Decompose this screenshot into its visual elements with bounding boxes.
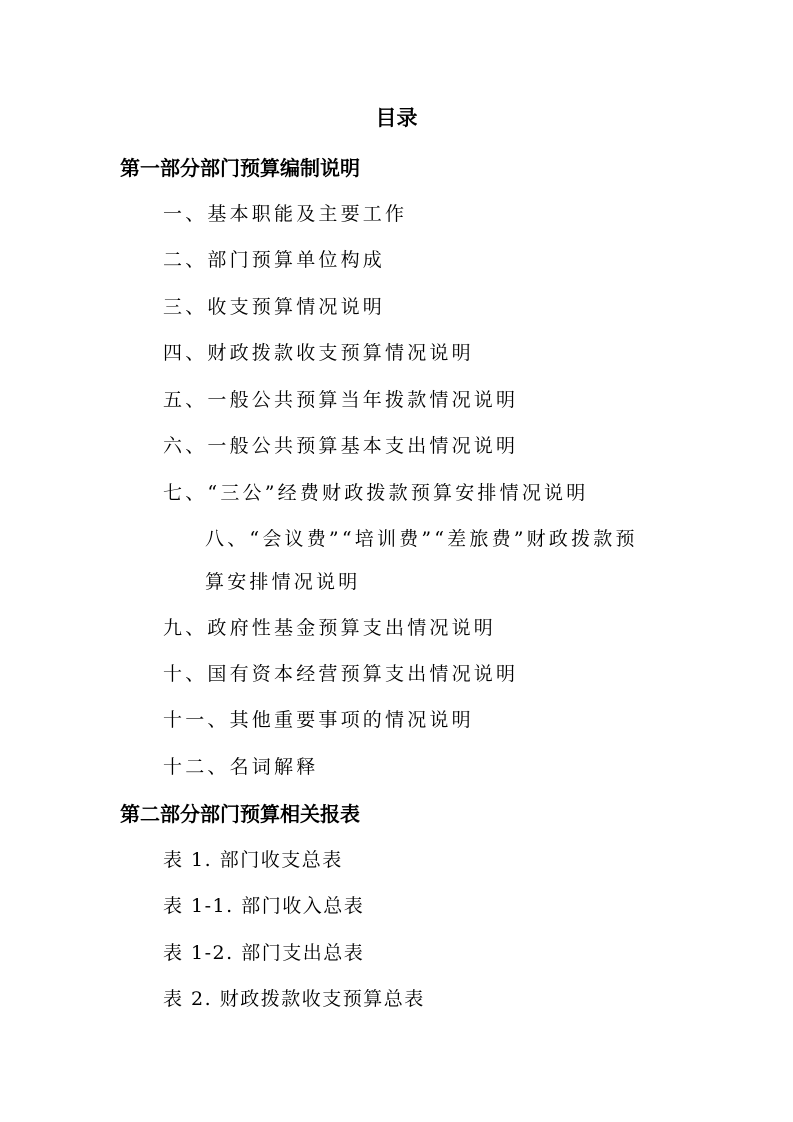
toc-item-5[interactable]: 五、一般公共预算当年拨款情况说明 [163, 385, 518, 412]
toc-item-10[interactable]: 十、国有资本经营预算支出情况说明 [163, 659, 518, 686]
toc-item-7[interactable]: 七、“三公”经费财政拨款预算安排情况说明 [163, 478, 588, 505]
toc-item-8-cont[interactable]: 算安排情况说明 [205, 567, 360, 594]
toc-item-6[interactable]: 六、一般公共预算基本支出情况说明 [163, 431, 518, 458]
toc-item-4[interactable]: 四、财政拨款收支预算情况说明 [163, 338, 474, 365]
toc-item-9[interactable]: 九、政府性基金预算支出情况说明 [163, 613, 496, 640]
toc-item-1[interactable]: 一、基本职能及主要工作 [163, 199, 407, 226]
toc-title: 目录 [0, 102, 793, 132]
toc-item-12[interactable]: 十二、名词解释 [163, 752, 318, 779]
toc-item-3[interactable]: 三、收支预算情况说明 [163, 292, 385, 319]
toc-item-11[interactable]: 十一、其他重要事项的情况说明 [163, 705, 474, 732]
part1-heading[interactable]: 第一部分部门预算编制说明 [120, 152, 360, 181]
toc-table-1-1[interactable]: 表 1-1. 部门收入总表 [163, 891, 364, 918]
toc-item-2[interactable]: 二、部门预算单位构成 [163, 245, 385, 272]
toc-item-8[interactable]: 八、“会议费”“培训费”“差旅费”财政拨款预 [205, 524, 638, 551]
toc-table-1-2[interactable]: 表 1-2. 部门支出总表 [163, 938, 364, 965]
toc-table-1[interactable]: 表 1. 部门收支总表 [163, 845, 343, 872]
part2-heading[interactable]: 第二部分部门预算相关报表 [120, 798, 360, 827]
toc-table-2[interactable]: 表 2. 财政拨款收支预算总表 [163, 984, 425, 1011]
